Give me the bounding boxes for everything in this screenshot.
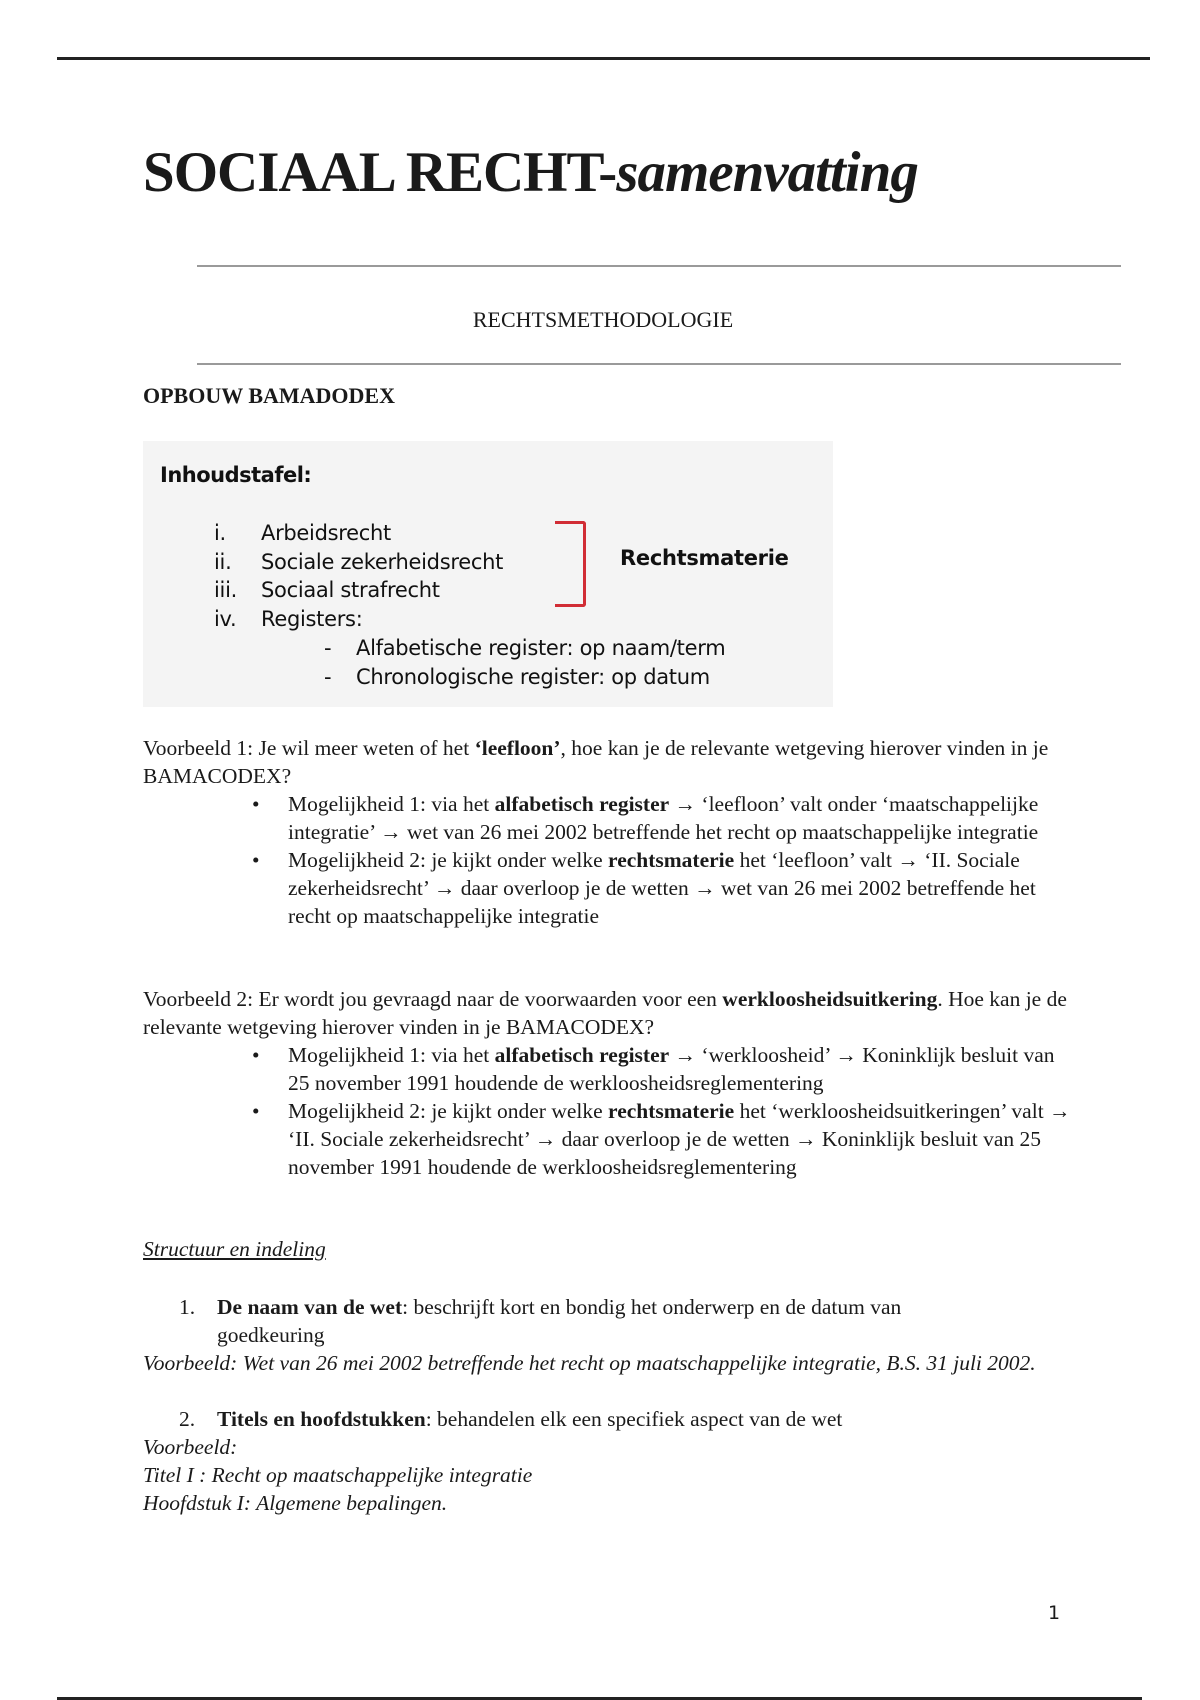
- structure-example-2-line: Titel I : Recht op maatschappelijke inte…: [143, 1461, 1083, 1489]
- list-item: •Mogelijkheid 1: via het alfabetisch reg…: [288, 1041, 1078, 1097]
- structure-item-2: 2.Titels en hoofdstukken: behandelen elk…: [217, 1405, 1077, 1433]
- table-of-contents-image: Inhoudstafel: i.Arbeidsrecht ii.Sociale …: [143, 441, 833, 707]
- bracket-label: Rechtsmaterie: [620, 546, 789, 570]
- bullet-icon: •: [252, 790, 260, 818]
- example-2-intro: Voorbeeld 2: Er wordt jou gevraagd naar …: [143, 985, 1083, 1041]
- section-rule-top: [197, 265, 1121, 267]
- example-2-list: •Mogelijkheid 1: via het alfabetisch reg…: [288, 1041, 1078, 1181]
- top-border-rule: [57, 57, 1150, 60]
- structure-item-1: 1.De naam van de wet: beschrijft kort en…: [217, 1293, 997, 1349]
- bullet-icon: •: [252, 846, 260, 874]
- title-main: SOCIAAL RECHT-: [143, 141, 616, 204]
- example-1-intro: Voorbeeld 1: Je wil meer weten of het ‘l…: [143, 734, 1083, 790]
- document-title: SOCIAAL RECHT-samenvatting: [143, 140, 918, 205]
- subheading: OPBOUW BAMADODEX: [143, 383, 395, 409]
- toc-subitem: -Alfabetische register: op naam/term: [324, 636, 331, 660]
- bullet-icon: •: [252, 1097, 260, 1125]
- toc-subitem: -Chronologische register: op datum: [324, 665, 331, 689]
- structure-heading: Structuur en indeling: [143, 1237, 326, 1262]
- toc-title: Inhoudstafel:: [160, 463, 311, 487]
- structure-example-2-line: Hoofdstuk I: Algemene bepalingen.: [143, 1489, 1083, 1517]
- example-1-list: •Mogelijkheid 1: via het alfabetisch reg…: [288, 790, 1078, 930]
- section-heading: RECHTSMETHODOLOGIE: [0, 307, 1200, 333]
- bracket-icon: [555, 521, 586, 607]
- title-italic: samenvatting: [616, 141, 918, 204]
- bullet-icon: •: [252, 1041, 260, 1069]
- section-rule-bottom: [197, 363, 1121, 365]
- structure-example-2-label: Voorbeeld:: [143, 1433, 1083, 1461]
- list-item: •Mogelijkheid 1: via het alfabetisch reg…: [288, 790, 1078, 846]
- list-item: •Mogelijkheid 2: je kijkt onder welke re…: [288, 846, 1078, 930]
- page-number: 1: [1048, 1602, 1060, 1624]
- list-item: •Mogelijkheid 2: je kijkt onder welke re…: [288, 1097, 1078, 1181]
- structure-example-1: Voorbeeld: Wet van 26 mei 2002 betreffen…: [143, 1349, 1073, 1377]
